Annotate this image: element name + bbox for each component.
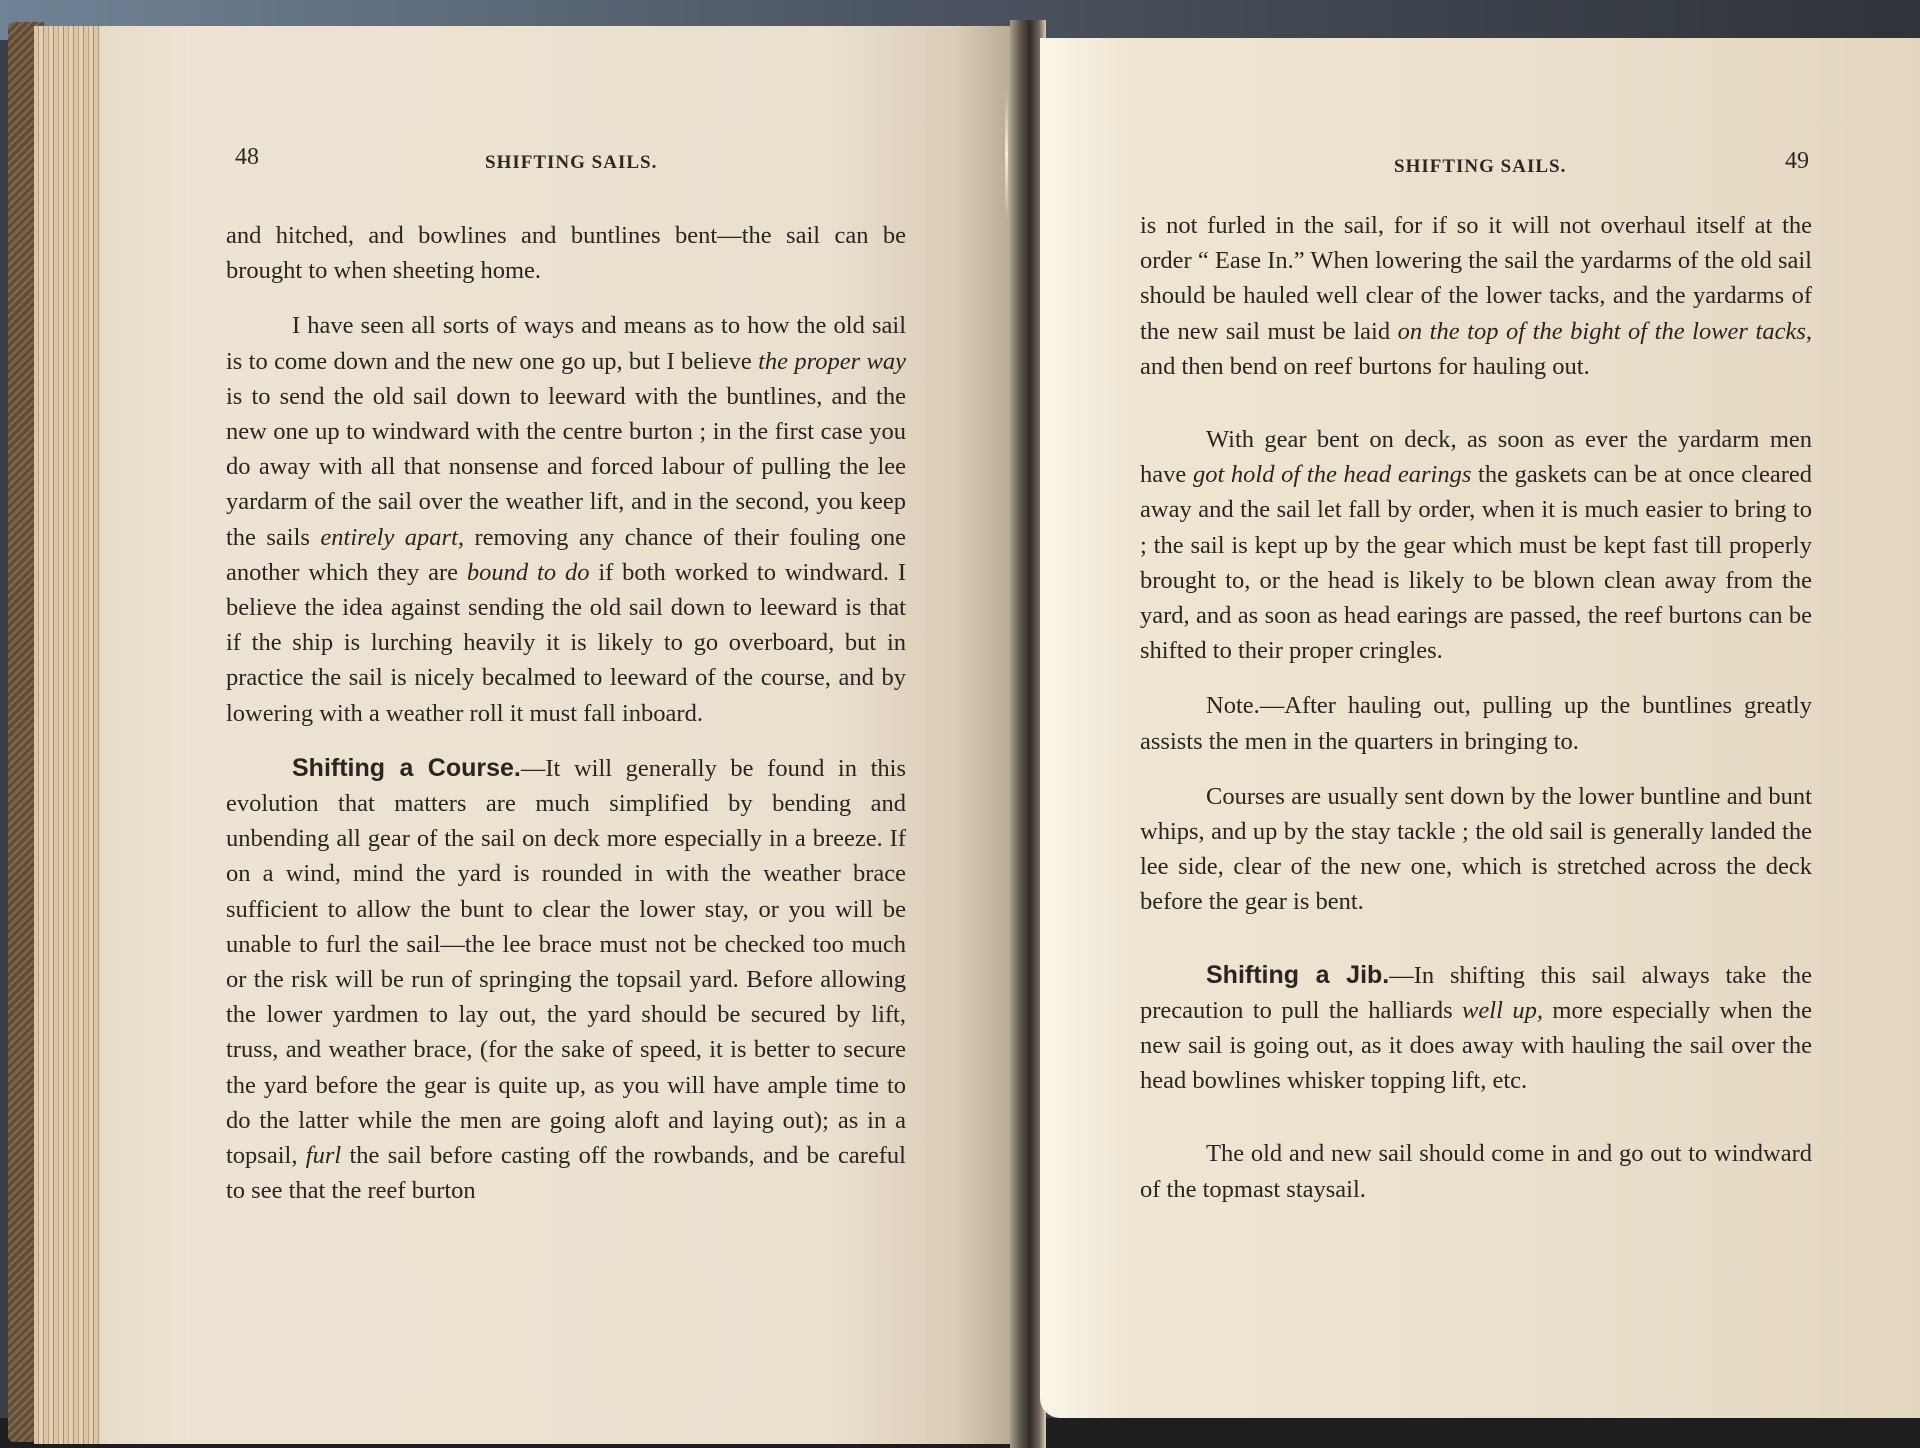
paragraph: Courses are usually sent down by the low… [1140,779,1812,920]
right-page-body: is not furled in the sail, for if so it … [1140,208,1812,1207]
section-heading: Shifting a Jib. [1206,961,1389,989]
paragraph: With gear bent on deck, as soon as ever … [1140,422,1812,668]
paragraph: Note.—After hauling out, pulling up the … [1140,688,1812,758]
page-edges [34,26,104,1444]
paragraph: Shifting a Course.—It will generally be … [226,751,906,1209]
left-page: 48 SHIFTING SAILS. and hitched, and bowl… [100,26,1010,1444]
paragraph: Shifting a Jib.—In shifting this sail al… [1140,958,1812,1099]
paragraph: and hitched, and bowlines and buntlines … [226,218,906,288]
left-page-body: and hitched, and bowlines and buntlines … [226,218,906,1208]
paragraph: I have seen all sorts of ways and means … [226,308,906,730]
section-heading: Shifting a Course. [292,754,521,782]
page-number: 48 [235,144,259,171]
paragraph: is not furled in the sail, for if so it … [1140,208,1812,384]
right-page: SHIFTING SAILS. 49 is not furled in the … [1040,38,1920,1418]
page-crease [1005,90,1008,220]
paragraph: The old and new sail should come in and … [1140,1136,1812,1206]
running-head: SHIFTING SAILS. [1394,156,1566,178]
page-number: 49 [1785,148,1809,175]
running-head: SHIFTING SAILS. [485,152,657,174]
